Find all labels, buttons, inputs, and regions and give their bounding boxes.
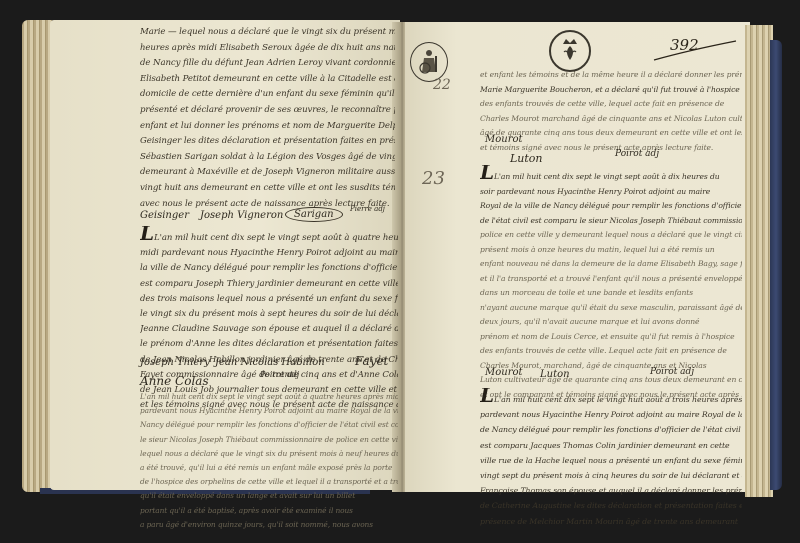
text-line: police en cette ville y demeurant lequel… <box>480 228 742 243</box>
text-line: portant qu'il a été baptisé, après avoir… <box>140 504 398 518</box>
text-line: Charles Mourot marchand âgé de cinquante… <box>480 112 742 127</box>
signature-habillon: Jean Nicolas Habillon <box>215 357 325 368</box>
signature-adjoint: Poirot adj <box>260 370 299 379</box>
page-number-flourish <box>650 38 740 63</box>
text-line: de Nancy fille du défunt Jean Adrien Ler… <box>140 56 395 72</box>
right-page-block-edge <box>745 25 773 497</box>
right-cover <box>770 40 782 490</box>
crown-fleur-de-lis-icon <box>556 36 584 66</box>
signature-geisinger: Geisinger <box>140 210 189 221</box>
text-line: midi pardevant nous Hyacinthe Henry Poir… <box>140 246 398 261</box>
text-line: des enfants trouvés de cette ville, lequ… <box>480 97 742 112</box>
text-line: qu'il était enveloppé dans un lange et a… <box>140 489 398 503</box>
text-line: enfant et lui donner les prénoms et nom … <box>140 119 395 135</box>
text-line: pardevant nous Hyacinthe Henry Poirot ad… <box>140 404 398 418</box>
text-line: vingt sept du présent mois à cinq heures… <box>480 468 742 483</box>
signature-fayet: Fayet <box>355 354 388 368</box>
text-line: LL'an mil huit cent dix sept le vingt se… <box>140 226 398 246</box>
text-line: le prénom d'Anne les dites déclaration e… <box>140 337 398 352</box>
text-line: présenté et déclaré provenir de ses œuvr… <box>140 103 395 119</box>
text-line: domicile de cette dernière d'un enfant d… <box>140 87 395 103</box>
text-line: la ville de Nancy délégué pour remplir l… <box>140 261 398 276</box>
text-line: enfant nouveau né dans la demeure de la … <box>480 257 742 272</box>
text-line: Marie — lequel nous a déclaré que le vin… <box>140 25 395 41</box>
signature-mourot: Mourot <box>485 134 523 145</box>
text-line: Elisabeth Petitot demeurant en cette vil… <box>140 72 395 88</box>
margin-entry-number: 23 <box>422 168 445 189</box>
text-line: vingt huit ans demeurant en cette ville … <box>140 181 395 197</box>
text-line: le sieur Nicolas Joseph Thiébaut commiss… <box>140 433 398 447</box>
signature-adjoint: Pierre adj <box>350 205 385 213</box>
signature-mourot: Mourot <box>485 367 523 378</box>
left-entry-top: Marie — lequel nous a déclaré que le vin… <box>140 25 395 212</box>
signature-anne-colas: Anne Colas <box>140 374 209 388</box>
text-line: des enfants trouvés de cette ville. Lequ… <box>480 344 742 359</box>
text-line: de Nancy délégué pour remplir les foncti… <box>480 422 742 437</box>
signature-thiery: Joseph Thiery <box>140 357 210 368</box>
signature-vigneron: Joseph Vigneron <box>200 210 283 221</box>
signature-sarigan: Sarigan <box>285 207 343 222</box>
text-line: de l'état civil est comparu le sieur Nic… <box>480 214 742 229</box>
signature-luton: Luton <box>540 369 570 380</box>
text-line: L'an mil huit cent dix sept le vingt sep… <box>140 390 398 404</box>
text-line: ville rue de la Hache lequel nous a prés… <box>480 453 742 468</box>
text-line: présent mois à onze heures du matin, leq… <box>480 243 742 258</box>
text-line: le vingt six du présent mois à sept heur… <box>140 307 398 322</box>
text-line: LL'an mil huit cent dix sept le vingt hu… <box>480 388 742 407</box>
seated-figure-seal-icon <box>410 42 448 82</box>
text-line: a paru âgé d'environ quinze jours, qu'il… <box>140 518 398 532</box>
text-line: prénom et nom de Louis Cerce, et ensuite… <box>480 330 742 345</box>
right-entry-24: LL'an mil huit cent dix sept le vingt hu… <box>480 388 742 529</box>
signature-adjoint: Poirot adj <box>615 149 659 159</box>
left-entry-third: L'an mil huit cent dix sept le vingt sep… <box>140 390 398 532</box>
text-line: soir pardevant nous Hyacinthe Henry Poir… <box>480 185 742 200</box>
text-line: heures après midi Elisabeth Seroux âgée … <box>140 41 395 57</box>
signature-luton: Luton <box>510 152 543 165</box>
text-line: deux jours, qu'il n'avait aucune marque … <box>480 315 742 330</box>
text-line: Françoise Thomas son épouse et auquel il… <box>480 483 742 498</box>
text-line: Marie Marguerite Boucheron, et a déclaré… <box>480 83 742 98</box>
text-line: LL'an mil huit cent dix sept le vingt se… <box>480 165 742 185</box>
margin-entry-number: 22 <box>433 77 451 93</box>
text-line: a été trouvé, qu'il lui a été remis un e… <box>140 461 398 475</box>
text-line: et il l'a transporté et a trouvé l'enfan… <box>480 272 742 287</box>
seated-figure-icon <box>414 46 444 78</box>
text-line: Sébastien Sarigan soldat à la Légion des… <box>140 150 395 166</box>
text-line: présence de Melchior Martin Mourin âgé d… <box>480 514 742 529</box>
text-line: pardevant nous Hyacinthe Henry Poirot ad… <box>480 407 742 422</box>
text-line: n'ayant aucune marque qu'il était du sex… <box>480 301 742 316</box>
royal-crown-seal-icon <box>549 30 591 72</box>
left-page-block-edge <box>22 20 52 492</box>
open-register-book: Marie — lequel nous a déclaré que le vin… <box>0 0 800 543</box>
text-line: Nancy délégué pour remplir les fonctions… <box>140 418 398 432</box>
text-line: de l'hospice des orphelins de cette vill… <box>140 475 398 489</box>
text-line: dans un morceau de toile et une bande et… <box>480 286 742 301</box>
signature-adjoint: Poirot adj <box>650 367 694 377</box>
text-line: lequel nous a déclaré que le vingt six d… <box>140 447 398 461</box>
text-line: et enfant les témoins et de la même heur… <box>480 68 742 83</box>
text-line: demeurant à Maxéville et de Joseph Vigne… <box>140 165 395 181</box>
text-line: Jeanne Claudine Sauvage son épouse et au… <box>140 322 398 337</box>
text-line: de Catherine Augustine les dites déclara… <box>480 498 742 513</box>
text-line: Royal de la ville de Nancy délégué pour … <box>480 199 742 214</box>
text-line: est comparu Jacques Thomas Colin jardini… <box>480 438 742 453</box>
text-line: des trois maisons lequel nous a présenté… <box>140 292 398 307</box>
text-line: est comparu Joseph Thiery jardinier deme… <box>140 277 398 292</box>
text-line: Geisinger les dites déclaration et prése… <box>140 134 395 150</box>
